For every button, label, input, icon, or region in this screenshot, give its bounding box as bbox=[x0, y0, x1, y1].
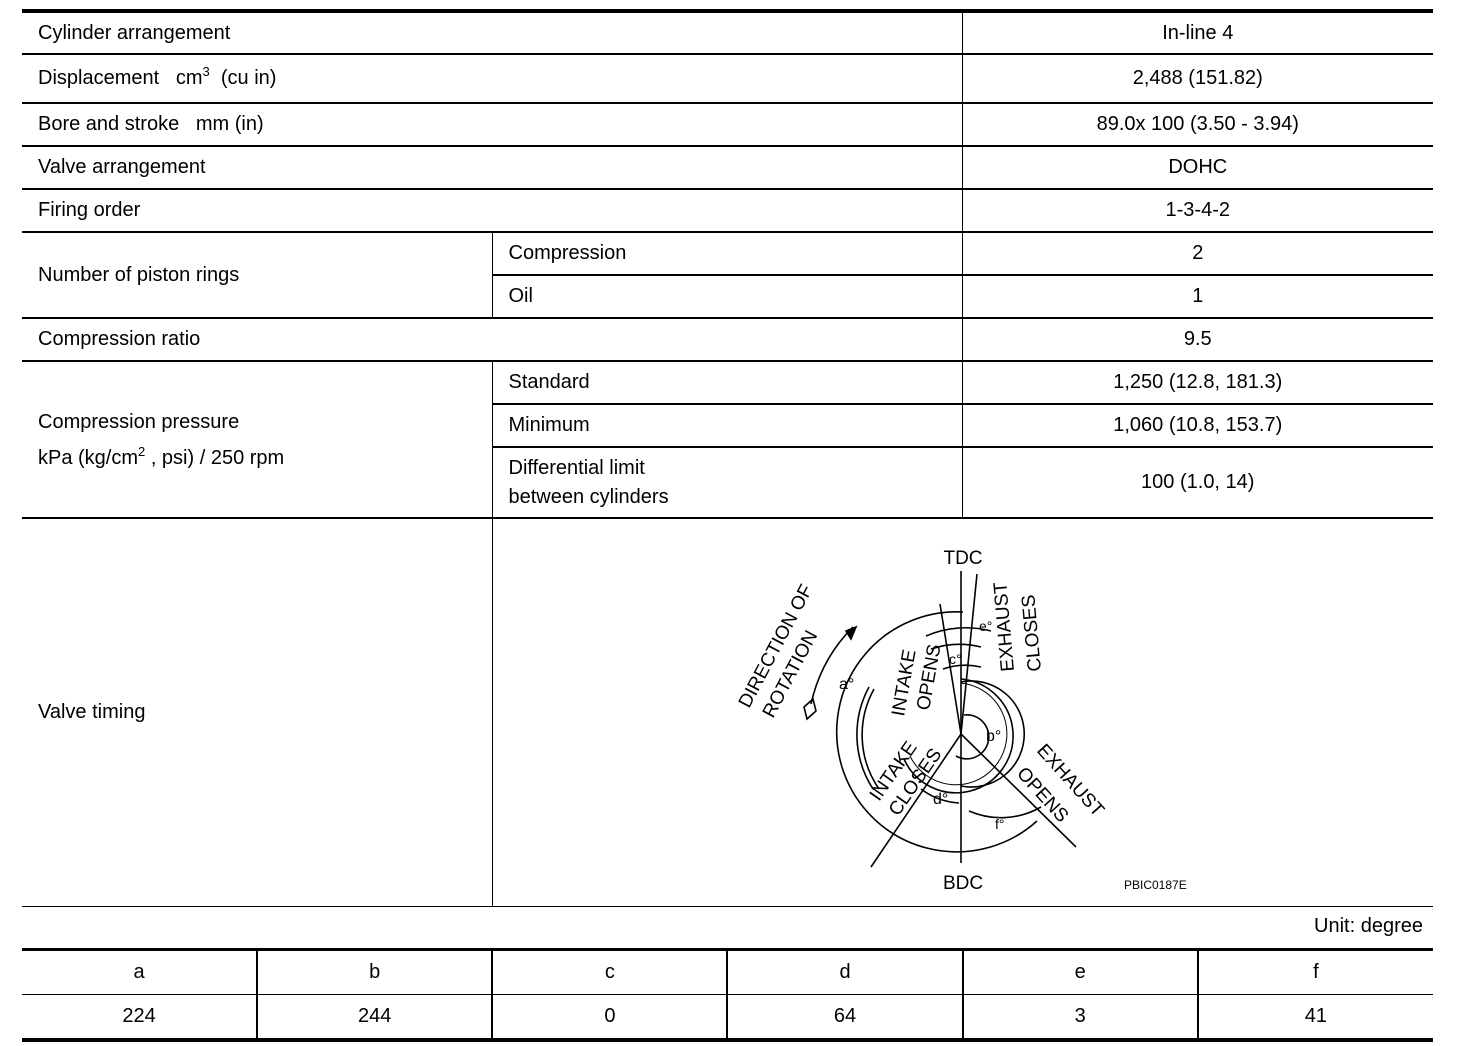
label-line2: between cylinders bbox=[509, 483, 962, 512]
label-text: Displacement cm bbox=[38, 67, 203, 89]
spec-value: 1-3-4-2 bbox=[962, 189, 1433, 232]
timing-header-row: a b c d e f bbox=[22, 950, 1433, 995]
spec-label: Firing order bbox=[22, 189, 962, 232]
spec-sublabel: Oil bbox=[492, 275, 962, 318]
spec-row-bore-stroke: Bore and stroke mm (in) 89.0x 100 (3.50 … bbox=[22, 103, 1433, 146]
spec-row-cylinder-arrangement: Cylinder arrangement In-line 4 bbox=[22, 11, 1433, 54]
timing-header: a bbox=[22, 950, 257, 995]
spec-sublabel: Compression bbox=[492, 232, 962, 275]
spec-value: 1,060 (10.8, 153.7) bbox=[962, 404, 1433, 447]
spec-label: Compression ratio bbox=[22, 318, 962, 361]
spec-row-compression-standard: Compression pressure kPa (kg/cm2 , psi) … bbox=[22, 361, 1433, 404]
spec-value: 89.0x 100 (3.50 - 3.94) bbox=[962, 103, 1433, 146]
engine-spec-table: Cylinder arrangement In-line 4 Displacem… bbox=[22, 9, 1433, 907]
spec-value: In-line 4 bbox=[962, 11, 1433, 54]
valve-timing-table: a b c d e f 224 244 0 64 3 41 bbox=[22, 948, 1433, 1042]
label-line2: kPa (kg/cm2 , psi) / 250 rpm bbox=[38, 440, 492, 476]
spec-sublabel: Differential limit between cylinders bbox=[492, 447, 962, 518]
label-line1: Differential limit bbox=[509, 454, 962, 483]
spec-value: 1,250 (12.8, 181.3) bbox=[962, 361, 1433, 404]
valve-timing-diagram: TDC BDC DIRECTION OF ROTATION INTAKE OPE… bbox=[493, 519, 1433, 905]
valve-timing-diagram-cell: TDC BDC DIRECTION OF ROTATION INTAKE OPE… bbox=[492, 518, 1433, 906]
angle-c-label: c° bbox=[949, 651, 962, 667]
timing-value: 224 bbox=[22, 995, 257, 1041]
spec-label: Bore and stroke mm (in) bbox=[22, 103, 962, 146]
label-suffix: (cu in) bbox=[210, 67, 277, 89]
label-text: , psi) / 250 rpm bbox=[145, 447, 284, 469]
timing-header: e bbox=[963, 950, 1198, 995]
tdc-label: TDC bbox=[943, 548, 982, 569]
spec-value: 2,488 (151.82) bbox=[962, 54, 1433, 103]
bdc-label: BDC bbox=[942, 873, 982, 894]
label-text: kPa (kg/cm bbox=[38, 447, 138, 469]
spec-row-valve-arrangement: Valve arrangement DOHC bbox=[22, 146, 1433, 189]
timing-value: 3 bbox=[963, 995, 1198, 1041]
spec-label: Valve arrangement bbox=[22, 146, 962, 189]
timing-value-row: 224 244 0 64 3 41 bbox=[22, 995, 1433, 1041]
angle-d-label: d° bbox=[933, 791, 948, 808]
spec-sublabel: Minimum bbox=[492, 404, 962, 447]
spec-label: Cylinder arrangement bbox=[22, 11, 962, 54]
spec-label: Number of piston rings bbox=[22, 232, 492, 318]
spec-row-compression-ratio: Compression ratio 9.5 bbox=[22, 318, 1433, 361]
timing-value: 64 bbox=[727, 995, 962, 1041]
spec-value: 1 bbox=[962, 275, 1433, 318]
timing-value: 244 bbox=[257, 995, 492, 1041]
spec-sublabel: Standard bbox=[492, 361, 962, 404]
spec-value: 9.5 bbox=[962, 318, 1433, 361]
spec-value: DOHC bbox=[962, 146, 1433, 189]
spec-label: Compression pressure kPa (kg/cm2 , psi) … bbox=[22, 361, 492, 518]
spec-label: Valve timing bbox=[22, 518, 492, 906]
spec-value: 2 bbox=[962, 232, 1433, 275]
exhaust-closes-label: EXHAUST bbox=[990, 581, 1019, 673]
angle-b-label: b° bbox=[986, 728, 1001, 745]
timing-value: 0 bbox=[492, 995, 727, 1041]
spec-row-valve-timing: Valve timing bbox=[22, 518, 1433, 906]
timing-header: d bbox=[727, 950, 962, 995]
label-line1: Compression pressure bbox=[38, 404, 492, 440]
spec-row-displacement: Displacement cm3 (cu in) 2,488 (151.82) bbox=[22, 54, 1433, 103]
timing-header: c bbox=[492, 950, 727, 995]
angle-f-label: f° bbox=[995, 816, 1005, 832]
spec-row-firing-order: Firing order 1-3-4-2 bbox=[22, 189, 1433, 232]
superscript: 3 bbox=[203, 64, 210, 79]
spec-label: Displacement cm3 (cu in) bbox=[22, 54, 962, 103]
spec-row-piston-rings-compression: Number of piston rings Compression 2 bbox=[22, 232, 1433, 275]
timing-header: b bbox=[257, 950, 492, 995]
unit-note: Unit: degree bbox=[22, 908, 1433, 948]
spec-value: 100 (1.0, 14) bbox=[962, 447, 1433, 518]
timing-header: f bbox=[1198, 950, 1433, 995]
angle-a-label: a° bbox=[839, 676, 854, 693]
exhaust-closes-label: CLOSES bbox=[1018, 594, 1046, 673]
angle-e-label: e° bbox=[979, 618, 992, 634]
timing-value: 41 bbox=[1198, 995, 1433, 1041]
figure-id: PBIC0187E bbox=[1124, 878, 1187, 892]
